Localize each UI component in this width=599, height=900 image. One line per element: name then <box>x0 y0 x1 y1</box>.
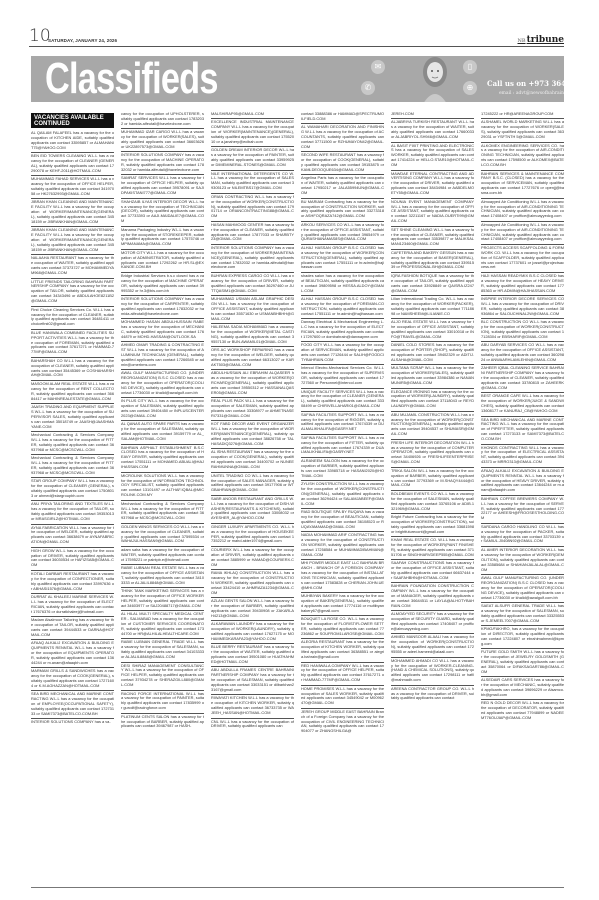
classified-ad: Lilian International Trading Co. W.L.L h… <box>391 296 474 319</box>
classified-ad: UNITEL TRADING CO W.L.L has a vacancy fo… <box>211 473 294 496</box>
classified-ad: ZAHEER IQBAL CLEANING SERVICE BAHRAINI P… <box>481 365 564 393</box>
classified-ad: ARKOU SERVICES CO W.L.L has a vacancy fo… <box>301 222 384 245</box>
classified-ad: KPMG/FAKHRO, has a vacancy for the occup… <box>481 626 564 649</box>
mobile-icon: ▯ <box>463 60 477 74</box>
classified-ad: SAMRAT SERVICES W.L.L has a vacancy for … <box>121 175 204 198</box>
classified-ad: ORS AC WORKSHOP REPAIRING has a vacancy … <box>211 347 294 370</box>
classified-ad: BLUE HANIWALA COMBINED FACILITIES SUPPOR… <box>31 330 114 358</box>
classified-ad: MARMAM GRILLS & SANDWICHES has a vacancy… <box>31 668 114 691</box>
classified-ad: HAJI HASSAN READYMIX B.S.C CLOSED has a … <box>481 273 564 296</box>
classified-ad: AZLAN GENTS SALON W.L.L has a vacancy fo… <box>211 598 294 621</box>
classified-ad: IN PLUS CITY W.L.L has a vacancy for the… <box>121 398 204 421</box>
classified-ad: BOUQUET LA ROSE CO. W.L.L has a vacancy … <box>301 616 384 639</box>
classified-ad: GINGER LUXURY APARTMENTS CO. W.L.L has a… <box>211 524 294 547</box>
classified-ad: ALMOAYYED SECURITY has a vacancy for the… <box>391 611 474 634</box>
classified-ad: ALRANEEM SALOON has a vacancy for the oc… <box>301 458 384 481</box>
call-number[interactable]: Call us on +973 36458394 <box>487 79 564 88</box>
classified-ad: RIAD BOUTIQUE SPA BY RUQAYA has a vacanc… <box>301 509 384 532</box>
classified-ad: UNIQUE FACILITY SERVICES W.L.L has a vac… <box>301 389 384 412</box>
globe-icon: ⊕ <box>463 81 477 95</box>
classified-ad: adam saha has a vacancy for the occupati… <box>121 547 204 565</box>
classified-ad: First Choice Cleaning Services Co. W.L.L… <box>31 307 114 330</box>
classified-ad: JIBRAN KHAN CLEANING AND MAINTENANCE FAC… <box>31 199 114 227</box>
classified-ad: AYNA FABRICATION W.L.L has a vacancy for… <box>31 525 114 548</box>
classified-ad: BAHRAIN SERVICES & MAINTENANCE COMPANY B… <box>481 171 564 199</box>
classified-ad: ALSHAMEL WORLD MARKETING W.L.L has a vac… <box>481 119 564 142</box>
classified-ad: EXCELLENCE INDUSTRIAL MAINTENANCE COMPAN… <box>211 119 294 147</box>
issue-date: SATURDAY, JANUARY 24, 2026 <box>48 38 117 43</box>
classified-ad: SECOND WIFE RESTAURANT has a vacancy for… <box>301 152 384 175</box>
classified-ad: SAFINA FACILITIES SUPPORT W.L.L has a va… <box>301 435 384 458</box>
classified-ad: AHMED MANSOOR ALAALI has a vacancy for t… <box>391 634 474 657</box>
classified-ad: Manama Packaging Industry W.L.L has a va… <box>121 227 204 250</box>
tribune-logo[interactable]: NBtribune <box>518 35 565 45</box>
classified-ad: NADIA MOHAMMAD ARIF CONTRACTING has a va… <box>301 532 384 560</box>
classified-ad: AL WAMAHARI DECORATION AND FINISHING W.L… <box>301 124 384 152</box>
phone-icon: ✆ <box>361 81 375 95</box>
classified-ad: AL BASIT FIXIT PRINTING AND ELECTRONICS … <box>391 143 474 171</box>
classified-ad: BAHARSHAH CO W.L.L has a vacancy for the… <box>31 358 114 381</box>
classified-ad: JIBRAN KHAN CLEANING AND MAINTENANCE FAC… <box>31 227 114 255</box>
classified-ad: INTERIOR SOLUTIONS COMPANY has a vacancy… <box>121 152 204 175</box>
classified-ad: ABDULHUSSAIN ALI EBRAHIM ALQASEER has a … <box>211 370 294 398</box>
classified-ad: INTERIOR SOLUTIONS COMPANY has a vacancy… <box>211 245 294 273</box>
classified-ad: IQRA FASHION BOTIQUE has a vacancy for t… <box>391 273 474 296</box>
classifieds-banner: Classifieds ✉ ✆ ▯ ⊕ Call us on +973 3645… <box>31 56 564 102</box>
classified-ad: THINK TANK MARKETING SERVICES has a vaca… <box>121 588 204 611</box>
classified-ad: RAMA IKHLAQ CONSTRUCTION W.L.L has a vac… <box>211 570 294 598</box>
classified-ad: DESI SHIRAZ MANAGEMENT CONSULTANCY W.L.L… <box>121 663 204 691</box>
classified-ad: MUHAMMAD FAHAD SERVICES W.L.L has a vaca… <box>31 176 114 199</box>
classified-ad: MHI POWER MIDDLE EAST LLC BAHRAIN BRANCH… <box>301 560 384 593</box>
column-4: contact 33888386 or HAMMAD@SPECTRUMOILFI… <box>301 111 384 886</box>
classified-ad: ALKARAWAN LAUNDRY has a vacancy for the … <box>211 621 294 644</box>
classified-ad: FUTURE GOLD SMITH W.L.L has a vacancy fo… <box>481 649 564 677</box>
classified-ad: ALHAJ HASSAN GROUP B.S.C CLOSED has a va… <box>301 296 384 319</box>
classified-ad: BOLDBEAM EVENTS CO W.L.L has a vacancy f… <box>391 491 474 514</box>
ad-list: JEREH.COMALJABRIYA TURKISH RESTAURANT W.… <box>391 111 474 703</box>
masthead: 10 SATURDAY, JANUARY 24, 2026 NBtribune <box>29 28 564 47</box>
classified-ad: RACING FORCE INTERNATIONAL W.L.L has a v… <box>121 691 204 714</box>
classified-ad: LITTLE FRIENDS TAILORING BAHRAIN PARTNER… <box>31 279 114 307</box>
classified-ad: RABIE LUBNAN GENERAL TRADE W.L.L has a v… <box>121 639 204 662</box>
classified-ad: Madam Alsalmoor Tailoring has a vacancy … <box>31 617 114 640</box>
classified-ad: FOOD CITY W.L.L has a vacancy for the oc… <box>301 342 384 365</box>
column-6: 17245222 or HR@AREENAGROUP.COMALSHAMEL W… <box>481 111 564 886</box>
classified-ad: SABR ANOOB RESTAURANT AND GRILLS W.L.L h… <box>211 496 294 524</box>
classified-ad: AWAL GULF MANUFACTURING CO. (UNDER REORG… <box>121 370 204 398</box>
classified-ad: contact 33888386 or HAMMAD@SPECTRUMOILFI… <box>301 111 384 124</box>
classified-ad: KOT FABD DECOR AND EVENT ORGANIZER W.L.L… <box>211 421 294 449</box>
classified-ad: cancy for the occupation of UPHOLSTERER,… <box>121 111 204 129</box>
classified-ad: HOME PROMISES W.L.L has a vacancy for th… <box>301 686 384 709</box>
classified-ad: DURRAT AL KHALEEJ MARINE SERVICES W.L.L … <box>31 594 114 617</box>
classified-ad: ANU PRIYA TAILORING AND TEXTILES W.L.L h… <box>31 501 114 524</box>
column-5: JEREH.COMALJABRIYA TURKISH RESTAURANT W.… <box>391 111 474 886</box>
classified-ad: AHMED OMAR TRADING & CONTRACTING EST W.L… <box>121 342 204 370</box>
classified-ad: HIGH GROW W.L.L has a vacancy for the oc… <box>31 548 114 571</box>
classified-ad: MOHAMMED HASAN ABDULHUSSAIN RABE has a v… <box>121 319 204 342</box>
classified-ad: ABU DARYAB SERVICES CO W.L.L has a vacan… <box>481 342 564 365</box>
classified-ad: BU MARIAM Contracting has a vacancy for … <box>301 199 384 222</box>
footer-rule <box>31 887 564 888</box>
classifieds-columns: VACANCIES AVAILABLE CONTINUED AL QAILAM … <box>31 111 564 886</box>
classified-ad: AL AMER INTERIOR DECORATION W.L.L has a … <box>481 547 564 575</box>
classified-ad: RED N GOLD DECOR W.L.L has a vacancy for… <box>481 700 564 722</box>
classified-ad: Mechanical Contracting & Services Compan… <box>121 501 204 524</box>
classified-ad: ABU MUJAMIL CONSTRUCTION W.L.L has a vac… <box>391 412 474 440</box>
classified-ad: SAEAT ALSUFR GENERAL TRADE W.L.L has a v… <box>481 603 564 626</box>
classified-ad: ORIAN CONTRACTING W.L.L has a vacancy fo… <box>211 194 294 222</box>
classified-ad: MAWDAE ETERNAL CONTRACTING AND ADVERTISI… <box>391 171 474 199</box>
classified-ad: SEA BIRD MECHANICAL AND MARINE CONTRACTI… <box>31 691 114 719</box>
classified-ad: ALSEDAIR CARS SERVICES has a vacancy for… <box>481 677 564 700</box>
classified-ad: JEREH.COM <box>391 111 474 119</box>
classified-ad: Bright Future Contracting has a vacancy … <box>391 514 474 537</box>
classified-ad: ALEGRIA RESTAURANT has a vacancy for the… <box>301 639 384 662</box>
classified-ad: PLATINUM CENTS SALON has a vacancy for t… <box>121 714 204 731</box>
classified-ad: INTERIOR SOLUTIONS COMPANY has a vacancy… <box>121 296 204 319</box>
classified-ad: SARDANA CARGO HANDLING CO W.L.L has a va… <box>481 524 564 547</box>
column-1: VACANCIES AVAILABLE CONTINUED AL QAILAM … <box>31 111 114 886</box>
section-heading: VACANCIES AVAILABLE CONTINUED <box>31 113 114 128</box>
classified-ad: Mechanical Contracting & Services Compan… <box>31 455 114 478</box>
classified-ad: DANIEL COLD STORES has a vacancy for the… <box>391 342 474 365</box>
logo-text: tribune <box>527 35 564 45</box>
classified-ad: SAAFAH CONSTRAUCTIONS has a vacancy for … <box>391 560 474 583</box>
advert-email[interactable]: email : advt@newsofbahrain.com <box>499 91 564 96</box>
classified-ad: MOHAMMED AHMADI CO W.L.L has a vacancy f… <box>391 658 474 686</box>
classified-ad: MALSHIRAP95@GMAIL.COM <box>211 111 294 119</box>
classified-ad: MASOOM ALAM REAL ESTATE W.L.L has a vaca… <box>31 381 114 404</box>
classified-ad: REAL PLUS PACK W.L.L has a vacancy for t… <box>211 398 294 421</box>
classified-ad: SET SHINE CLEANING W.L.L has a vacancy f… <box>391 227 474 250</box>
classified-ad: BAHRAIN FOUNDATION CONSTRUCTION COMPANY … <box>391 583 474 611</box>
classified-ad: AL HILAL MULTI SPECIALTY MEDICAL CENTER … <box>121 611 204 639</box>
classified-ad: CNL W.L.L has a vacancy for the occupati… <box>211 719 294 731</box>
classified-ad: NOUNIA EVENT MANAGEMENT COMPANY W.L.L ha… <box>391 199 474 227</box>
classified-ad: MUHAMMAD IZAR CARGO W.L.L has a vacancy … <box>121 129 204 152</box>
classified-ad: BLUE BERRY RESTAURANT has a vacancy for … <box>211 644 294 667</box>
classified-ad: BEST ORANGE CAFE W.L.L has a vacancy for… <box>481 393 564 416</box>
classified-ad: FRESH LIFE INTERIOR DECORATION W.L.L has… <box>391 440 474 468</box>
classified-ad: INTERIOR SOLUTIONS COMPANY has a va- <box>31 719 114 726</box>
classified-ad: SAFINA FACILITIES SUPPORT W.L.L has a va… <box>301 412 384 435</box>
classified-ad: SHAHZAIB ILYAS INTERIOR DECOR W.L.L has … <box>121 199 204 227</box>
classified-ad: SEA BIRD MECHANICAL AND MARINE CONTRACTI… <box>481 417 564 445</box>
classified-ad: BEN EID TOWERS CLEANING W.L.L has a vaca… <box>31 153 114 176</box>
classified-ad: TRIKA SALON W.L.L has a vacancy for the … <box>391 468 474 491</box>
classified-ad: STAR GROUP COMPANY W.L.L has a vacancy f… <box>31 478 114 501</box>
classified-ad: BLC CONSTRUCTION CO W.L.L has a vacancy … <box>481 319 564 342</box>
classified-ad: RABIE LUBNAN REAL ESTATE W.L.L has a vac… <box>121 565 204 588</box>
classified-ad: BUHRAN EXPRESS CARGO CO W.L.L has a vaca… <box>211 273 294 296</box>
classified-ad: BAHRAIN ASPHALT ESTABLISHMENT B.S.C CLOS… <box>121 445 204 473</box>
classified-ad: Intercol Electro-Mechanical Services Co.… <box>301 365 384 388</box>
classified-ad: ALKOMEX ENGINEERING SERVICES CO. has a v… <box>481 143 564 171</box>
classified-ad: GOLDEN WINGS SERVICES CO W.L.L has a vac… <box>121 524 204 547</box>
classified-ad: AL QANAS AUTO SPARE PARTS has a vacancy … <box>121 421 204 444</box>
classified-ad: shades salon has a vacancy for the occup… <box>301 273 384 296</box>
classified-ad: MULTANA SCRAP W.L.L has a vacancy for th… <box>391 365 474 388</box>
classified-ad: NILE INTERNATIONAL DETERGENTS CO W.L.L h… <box>211 171 294 194</box>
classified-ad: ALHAJ HASSAN GROUP B.S.C CLOSED has a va… <box>301 245 384 273</box>
classified-ad: MUHAMMAD USMAN ASLAM GRAPHIC DESIGN W.L.… <box>211 296 294 324</box>
logo-mark: NB <box>518 38 526 44</box>
ad-list: contact 33888386 or HAMMAD@SPECTRUMOILFI… <box>301 111 384 736</box>
classified-ad: Almoayyed Air Conditioning W.L.L has a v… <box>481 199 564 222</box>
ad-list: 17245222 or HR@AREENAGROUP.COMALSHAMEL W… <box>481 111 564 722</box>
ad-list: cancy for the occupation of UPHOLSTERER,… <box>121 111 204 731</box>
classified-ad: Mechanical Contracting & Services Compan… <box>31 432 114 455</box>
classified-ad: BAHRAIN COFFEE BREWERS COMPANY W.L.L has… <box>481 496 564 524</box>
column-2: cancy for the occupation of UPHOLSTERER,… <box>121 111 204 886</box>
classified-ad: MICROLINK SOLUTIONS W.L.L has a vacancy … <box>121 473 204 501</box>
classified-ad: Bridge Industrial Services b.s.c closed … <box>121 273 204 296</box>
classified-ad: ELEGANCE IRONING has a vacancy for the o… <box>391 389 474 412</box>
classified-ad: NALAAHA RESTAURANT has a vacancy for the… <box>31 255 114 278</box>
classified-ad: MUHBIYAN BAKERY has a vacancy for the oc… <box>301 593 384 616</box>
classified-ad: ALJO REAL ESTATE W.L.L has a vacancy for… <box>391 319 474 342</box>
classified-ad: INSPIRE INTERIOR DECORE SERVICES CO W.L.… <box>481 296 564 319</box>
classified-ad: GOLDEN DREAM INTERIOR DECOR W.L.L has a … <box>211 147 294 170</box>
classified-ad: Danway Electrical & Mechanical Engineeri… <box>301 319 384 342</box>
classified-ad: Almoayyed Air Conditioning W.L.L has a v… <box>481 222 564 245</box>
classified-ad: MOTOR CITY W.L.L has a vacancy for the o… <box>121 250 204 273</box>
classified-ad: JAASH TRADING AND EQUIPMENT SUPPLIES W.L… <box>31 404 114 432</box>
envelope-icon: ✉ <box>371 60 385 74</box>
classified-ad: PROJECTS ACCESS SCAFFOLDING & FORMWORK C… <box>481 245 564 273</box>
column-3: MALSHIRAP95@GMAIL.COMEXCELLENCE INDUSTRI… <box>211 111 294 886</box>
classified-ad: ALJABRIYA TURKISH RESTAURANT W.L.L has a… <box>391 119 474 142</box>
classified-ad: ZYLISH CONSTRUCTION W.L.L has a vacancy … <box>301 481 384 509</box>
classified-ad: KHAVI REAL ESTATE CO. W.L.L has a vacanc… <box>391 537 474 560</box>
classified-ad: AL ISHA RESTAURANT has a vacancy for the… <box>211 449 294 472</box>
classified-ad: HASAN MAHMOOD CENTER has a vacancy for t… <box>211 222 294 245</box>
classified-ad: AL QAILAM FALAFEEL has a vacancy for the… <box>31 130 114 153</box>
classified-ad: ABU ABDULLA FRAMES CENTRE BAHRAINI PARTN… <box>211 667 294 695</box>
classified-ad: AREENA CONTRACTOR GROUP CO. W.L.L has a … <box>391 686 474 703</box>
classified-ad: KOTALI DARBAR RESTAURANT has a vacancy f… <box>31 571 114 594</box>
ad-list: MALSHIRAP95@GMAIL.COMEXCELLENCE INDUSTRI… <box>211 111 294 731</box>
classified-ad: AFAAQ ALKALIJ EXCAVATION & BUILDING EQUI… <box>481 468 564 496</box>
classified-ad: Angelina Paris has a vacancy for the occ… <box>301 175 384 198</box>
classified-ad: 17245222 or HR@AREENAGROUP.COM <box>481 111 564 119</box>
classified-ad: RED HANIWALA COMPANY W.L.L has a vacancy… <box>301 663 384 686</box>
classified-ad: JEREH GROUP MIDDLE EAST BAHRAIN Branch o… <box>301 709 384 736</box>
classified-ad: AWAL GULF MANUFACTURING CO. (UNDER REORG… <box>481 575 564 603</box>
ad-list: AL QAILAM FALAFEEL has a vacancy for the… <box>31 130 114 727</box>
classified-ad: HALEEMA SADIA MOHAMMAD has a vacancy for… <box>211 324 294 347</box>
classified-ad: RIWAYATI KITCHEN W.L.L has a vacancy for… <box>211 695 294 718</box>
classified-ad: AFAAQ ALKALIJ EXCAVATION & BUILDING EQUI… <box>31 640 114 668</box>
classified-ad: CAFETERIA AND BAKERY GESSUN has a vacanc… <box>391 250 474 273</box>
classified-ad: KHONDS CONTRACTING W.L.L has a vacancy f… <box>481 445 564 468</box>
banner-title: Classifieds <box>45 56 218 102</box>
assistant-illustration-icon <box>415 56 455 102</box>
classified-ad: COURIERX W.L.L has a vacancy for the occ… <box>211 547 294 570</box>
page-number: 10 <box>29 26 51 46</box>
